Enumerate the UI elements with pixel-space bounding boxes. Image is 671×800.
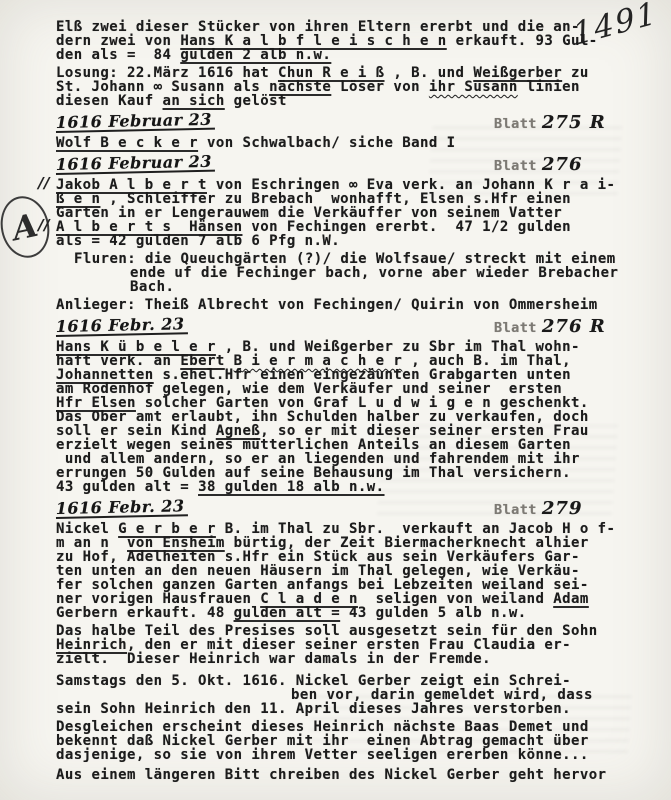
entry-heading: 1616 Febr. 23Blatt279 xyxy=(56,502,616,519)
text-line: //Jakob A l b e r t von Eschringen ∞ Eva… xyxy=(56,178,616,192)
folio-reference: Blatt276 R xyxy=(494,320,606,335)
entry-date: 1616 Februar 23 xyxy=(56,113,215,133)
text-line: fer solchen ganzen Garten anfangs bei Le… xyxy=(56,578,616,592)
text-line: haft verk. an Ebert B i e r m a c h e r … xyxy=(56,354,616,368)
text-line: erzielt wegen seines mütterlichen Anteil… xyxy=(56,438,616,452)
entry-date: 1616 Februar 23 xyxy=(56,155,215,175)
blatt-number: 276 R xyxy=(542,316,606,337)
entry-paragraph: Aus einem längeren Bitt chreiben des Nic… xyxy=(56,768,616,782)
text-line: Garten in er Lengerauwem die Verkäuffer … xyxy=(56,206,616,220)
text-line: ten unten an den neuen Häusern im Thal g… xyxy=(56,564,616,578)
text-line: Samstags den 5. Okt. 1616. Nickel Gerber… xyxy=(56,674,616,688)
entry-paragraph: Wolf B e c k e r von Schwalbach/ siche B… xyxy=(56,136,616,150)
text-line: Heinrich, den er mit dieser seiner erste… xyxy=(56,638,616,652)
text-line: Aus einem längeren Bitt chreiben des Nic… xyxy=(56,768,616,782)
text-line: den als = 84 gulden 2 alb n.w. xyxy=(56,48,616,62)
text-line: Losung: 22.März 1616 hat Chun R e i ß , … xyxy=(56,66,616,80)
text-line: Gerbern erkauft. 48 gulden alt = 43 guld… xyxy=(56,606,616,620)
text-line: Das Ober amt erlaubt, ihn Schulden halbe… xyxy=(56,410,616,424)
text-line: Desgleichen erscheint dieses Heinrich nä… xyxy=(56,720,616,734)
entry-paragraph: Anlieger: Theiß Albrecht von Fechingen/ … xyxy=(56,298,616,312)
text-line: //A l b e r t s Hänsen von Fechingen ere… xyxy=(56,220,616,234)
insertion-mark: // xyxy=(38,176,50,190)
text-line: dasjenige, so sie von ihrem Vetter seeli… xyxy=(56,748,616,762)
insertion-mark: // xyxy=(38,218,50,232)
blatt-label: Blatt xyxy=(494,158,537,174)
entry-paragraph: Fluren: die Queuchgärten (?)/ die Wolfsa… xyxy=(74,252,616,294)
text-line: diesen Kauf an sich gelöst xyxy=(56,94,616,108)
text-line: St. Johann ∞ Susann als nächste Löser vo… xyxy=(56,80,616,94)
text-line: errungen 50 Gulden auf seine Behausung i… xyxy=(56,466,616,480)
blatt-label: Blatt xyxy=(494,116,537,132)
text-line: ß e n , Schleiffer zu Brebach wonhafft, … xyxy=(56,192,616,206)
folio-reference: Blatt279 xyxy=(494,502,582,517)
entry-paragraph: Elß zwei dieser Stücker von ihren Eltern… xyxy=(56,20,616,62)
text-line: Johannetten s.ehel.Hfr einen eingezäunte… xyxy=(56,368,616,382)
text-line: Hfr Elsen solcher Garten von Graf L u d … xyxy=(56,396,616,410)
entry-paragraph: Das halbe Teil des Presises soll ausgese… xyxy=(56,624,616,666)
entry-heading: 1616 Februar 23Blatt276 xyxy=(56,158,616,175)
text-line: m an n von Ensheim bürtig, der Zeit Bier… xyxy=(56,536,616,550)
blatt-label: Blatt xyxy=(494,320,537,336)
entry-paragraph: Desgleichen erscheint dieses Heinrich nä… xyxy=(56,720,616,762)
text-line: Fluren: die Queuchgärten (?)/ die Wolfsa… xyxy=(74,252,616,266)
text-line: ende uf die Fechinger bach, vorne aber w… xyxy=(74,266,616,280)
document-body: Elß zwei dieser Stücker von ihren Eltern… xyxy=(56,20,616,786)
entry-paragraph: Samstags den 5. Okt. 1616. Nickel Gerber… xyxy=(56,674,616,716)
folio-reference: Blatt275 R xyxy=(494,116,606,131)
text-line: und allem andern, so er an liegenden und… xyxy=(56,452,616,466)
text-line: bekennt daß Nickel Gerber mit ihr einen … xyxy=(56,734,616,748)
entry-paragraph: Losung: 22.März 1616 hat Chun R e i ß , … xyxy=(56,66,616,108)
text-line: Das halbe Teil des Presises soll ausgese… xyxy=(56,624,616,638)
text-line: sein Sohn Heinrich den 11. April dieses … xyxy=(56,702,616,716)
text-line: Bach. xyxy=(74,280,616,294)
blatt-number: 276 xyxy=(542,154,583,175)
text-line: dern zwei von Hans K a l b f l e i s c h… xyxy=(56,34,616,48)
entry-heading: 1616 Febr. 23Blatt276 R xyxy=(56,320,616,337)
entry-paragraph: Nickel G e r b e r B. im Thal zu Sbr. ve… xyxy=(56,522,616,620)
folio-reference: Blatt276 xyxy=(494,158,582,173)
text-line: 43 gulden alt = 38 gulden 18 alb n.w. xyxy=(56,480,616,494)
text-line: Elß zwei dieser Stücker von ihren Eltern… xyxy=(56,20,616,34)
scanned-document-page: 1491 A Elß zwei dieser Stücker von ihren… xyxy=(0,0,671,800)
text-line: Nickel G e r b e r B. im Thal zu Sbr. ve… xyxy=(56,522,616,536)
entry-paragraph: Hans K ü b e l e r , B. und Weißgerber z… xyxy=(56,340,616,494)
blatt-label: Blatt xyxy=(494,502,537,518)
text-line: ben vor, darin gemeldet wird, dass xyxy=(56,688,616,702)
text-line: zu Hof, Adelheiten s.Hfr ein Stück aus s… xyxy=(56,550,616,564)
entry-heading: 1616 Februar 23Blatt275 R xyxy=(56,116,616,133)
text-line: soll er sein Kind Agneß, so er mit diese… xyxy=(56,424,616,438)
text-line: Wolf B e c k e r von Schwalbach/ siche B… xyxy=(56,136,616,150)
blatt-number: 279 xyxy=(542,498,583,519)
text-line: am Rodenhof gelegen, wie dem Verkäufer u… xyxy=(56,382,616,396)
blatt-number: 275 R xyxy=(542,112,606,133)
text-line: Hans K ü b e l e r , B. und Weißgerber z… xyxy=(56,340,616,354)
entry-date: 1616 Febr. 23 xyxy=(56,317,188,337)
entry-date: 1616 Febr. 23 xyxy=(56,499,188,519)
text-line: zielt. Dieser Heinrich war damals in der… xyxy=(56,652,616,666)
entry-paragraph: //Jakob A l b e r t von Eschringen ∞ Eva… xyxy=(56,178,616,248)
text-line: als = 42 gulden 7 alb 6 Pfg n.W. xyxy=(56,234,616,248)
text-line: ner vorigen Hausfrauen C l a d e n selig… xyxy=(56,592,616,606)
text-line: Anlieger: Theiß Albrecht von Fechingen/ … xyxy=(56,298,616,312)
